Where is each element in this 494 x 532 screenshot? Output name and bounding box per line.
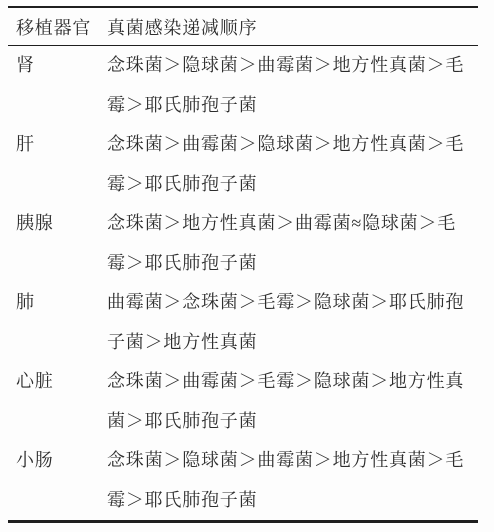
table-row-liver: 肝 念珠菌＞曲霉菌＞隐球菌＞地方性真菌＞毛 霉＞耶氏肺孢子菌 (8, 125, 486, 204)
order-line: 念珠菌＞隐球菌＞曲霉菌＞地方性真菌＞毛 (107, 46, 486, 86)
table-row-small-intestine: 小肠 念珠菌＞隐球菌＞曲霉菌＞地方性真菌＞毛 霉＞耶氏肺孢子菌 (8, 441, 486, 520)
table-row-heart: 心脏 念珠菌＞曲霉菌＞毛霉＞隐球菌＞地方性真 菌＞耶氏肺孢子菌 (8, 362, 486, 441)
order-line: 霉＞耶氏肺孢子菌 (107, 244, 486, 284)
order-line: 念珠菌＞曲霉菌＞毛霉＞隐球菌＞地方性真 (107, 362, 486, 402)
organ-cell: 肾 (8, 46, 107, 86)
organ-cell: 胰腺 (8, 204, 107, 244)
table-body: 肾 念珠菌＞隐球菌＞曲霉菌＞地方性真菌＞毛 霉＞耶氏肺孢子菌 肝 念珠菌＞曲霉菌… (8, 46, 486, 520)
order-line: 霉＞耶氏肺孢子菌 (107, 165, 486, 205)
table-row-kidney: 肾 念珠菌＞隐球菌＞曲霉菌＞地方性真菌＞毛 霉＞耶氏肺孢子菌 (8, 46, 486, 125)
order-cell: 念珠菌＞曲霉菌＞隐球菌＞地方性真菌＞毛 霉＞耶氏肺孢子菌 (107, 125, 486, 204)
order-line: 念珠菌＞地方性真菌＞曲霉菌≈隐球菌＞毛 (107, 204, 486, 244)
order-line: 霉＞耶氏肺孢子菌 (107, 481, 486, 521)
table-row-pancreas: 胰腺 念珠菌＞地方性真菌＞曲霉菌≈隐球菌＞毛 霉＞耶氏肺孢子菌 (8, 204, 486, 283)
table-bottom-rule (8, 520, 478, 522)
table-row-lung: 肺 曲霉菌＞念珠菌＞毛霉＞隐球菌＞耶氏肺孢 子菌＞地方性真菌 (8, 283, 486, 362)
organ-cell: 小肠 (8, 441, 107, 481)
order-cell: 念珠菌＞隐球菌＞曲霉菌＞地方性真菌＞毛 霉＞耶氏肺孢子菌 (107, 46, 486, 125)
order-line: 念珠菌＞隐球菌＞曲霉菌＞地方性真菌＞毛 (107, 441, 486, 481)
paper-table: 移植器官 真菌感染递减顺序 肾 念珠菌＞隐球菌＞曲霉菌＞地方性真菌＞毛 霉＞耶氏… (0, 0, 494, 523)
order-cell: 念珠菌＞隐球菌＞曲霉菌＞地方性真菌＞毛 霉＞耶氏肺孢子菌 (107, 441, 486, 520)
organ-cell: 肺 (8, 283, 107, 323)
order-cell: 念珠菌＞地方性真菌＞曲霉菌≈隐球菌＞毛 霉＞耶氏肺孢子菌 (107, 204, 486, 283)
organ-cell: 肝 (8, 125, 107, 165)
organ-cell: 心脏 (8, 362, 107, 402)
order-line: 子菌＞地方性真菌 (107, 323, 486, 363)
order-cell: 念珠菌＞曲霉菌＞毛霉＞隐球菌＞地方性真 菌＞耶氏肺孢子菌 (107, 362, 486, 441)
order-cell: 曲霉菌＞念珠菌＞毛霉＞隐球菌＞耶氏肺孢 子菌＞地方性真菌 (107, 283, 486, 362)
order-line: 曲霉菌＞念珠菌＞毛霉＞隐球菌＞耶氏肺孢 (107, 283, 486, 323)
order-line: 菌＞耶氏肺孢子菌 (107, 402, 486, 442)
order-line: 念珠菌＞曲霉菌＞隐球菌＞地方性真菌＞毛 (107, 125, 486, 165)
order-line: 霉＞耶氏肺孢子菌 (107, 86, 486, 126)
table-header-row: 移植器官 真菌感染递减顺序 (8, 8, 486, 45)
header-cell-organ: 移植器官 (8, 14, 107, 40)
header-cell-order: 真菌感染递减顺序 (107, 14, 486, 40)
